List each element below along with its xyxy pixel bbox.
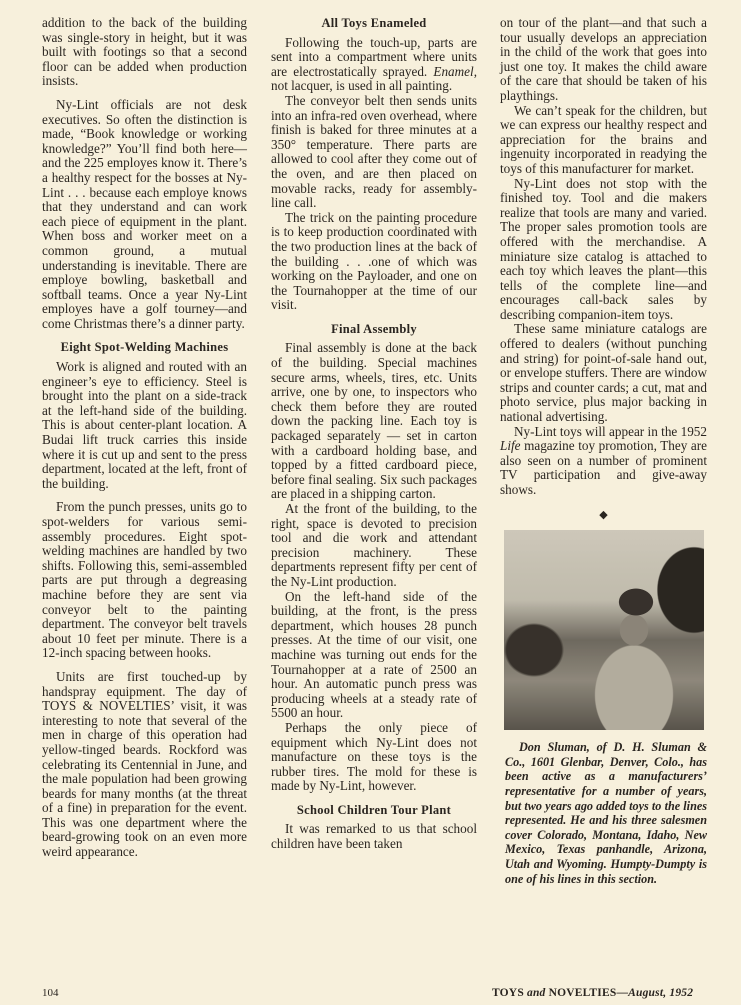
paragraph: Following the touch-up, parts are sent i… [271,36,477,94]
text: magazine toy promotion, They are also se… [500,438,707,497]
paragraph: At the front of the building, to the rig… [271,502,477,590]
paragraph: On the left-hand side of the building, a… [271,590,477,721]
paragraph: Ny-Lint does not stop with the finished … [500,177,707,323]
page-number: 104 [42,987,59,999]
article-column-1: addition to the back of the building was… [42,16,247,860]
paragraph: The trick on the painting procedure is t… [271,211,477,313]
paragraph: addition to the back of the building was… [42,16,247,89]
paragraph: Ny-Lint officials are not desk executive… [42,98,247,332]
emphasis-text: Life [500,438,521,453]
emphasis-text: Enamel [433,64,473,79]
paragraph: The conveyor belt then sends units into … [271,94,477,211]
paragraph: These same miniature catalogs are offere… [500,322,707,424]
caption-text: Don Sluman, of D. H. Sluman & Co., 1601 … [505,740,707,885]
article-column-3: on tour of the plant—and that such a tou… [500,16,707,886]
section-heading-school-children: School Children Tour Plant [271,803,477,818]
text: Ny-Lint toys will appear in the 1952 [514,424,707,439]
diamond-separator-icon: ◆ [500,508,707,523]
footer-dash: — [616,987,628,999]
paragraph: Work is aligned and routed with an engin… [42,360,247,491]
footer-publication: TOYS [492,987,524,999]
photo-caption: Don Sluman, of D. H. Sluman & Co., 1601 … [500,740,707,886]
paragraph: Ny-Lint toys will appear in the 1952 Lif… [500,425,707,498]
paragraph: We can’t speak for the children, but we … [500,104,707,177]
footer-publication-2: NOVELTIES [549,987,617,999]
paragraph: Final assembly is done at the back of th… [271,341,477,502]
section-heading-spot-welding: Eight Spot-Welding Machines [42,340,247,355]
paragraph: It was remarked to us that school childr… [271,822,477,851]
portrait-photo [504,530,704,730]
paragraph: on tour of the plant—and that such a tou… [500,16,707,104]
footer-and: and [527,987,546,999]
paragraph: Perhaps the only piece of equipment whic… [271,721,477,794]
section-heading-final-assembly: Final Assembly [271,322,477,337]
paragraph: Units are first touched-up by handspray … [42,670,247,860]
running-footer: TOYS and NOVELTIES—August, 1952 [492,987,693,999]
section-heading-all-toys-enameled: All Toys Enameled [271,16,477,31]
paragraph: From the punch presses, units go to spot… [42,500,247,661]
article-column-2: All Toys Enameled Following the touch-up… [271,16,477,852]
footer-date: August, 1952 [628,987,693,999]
